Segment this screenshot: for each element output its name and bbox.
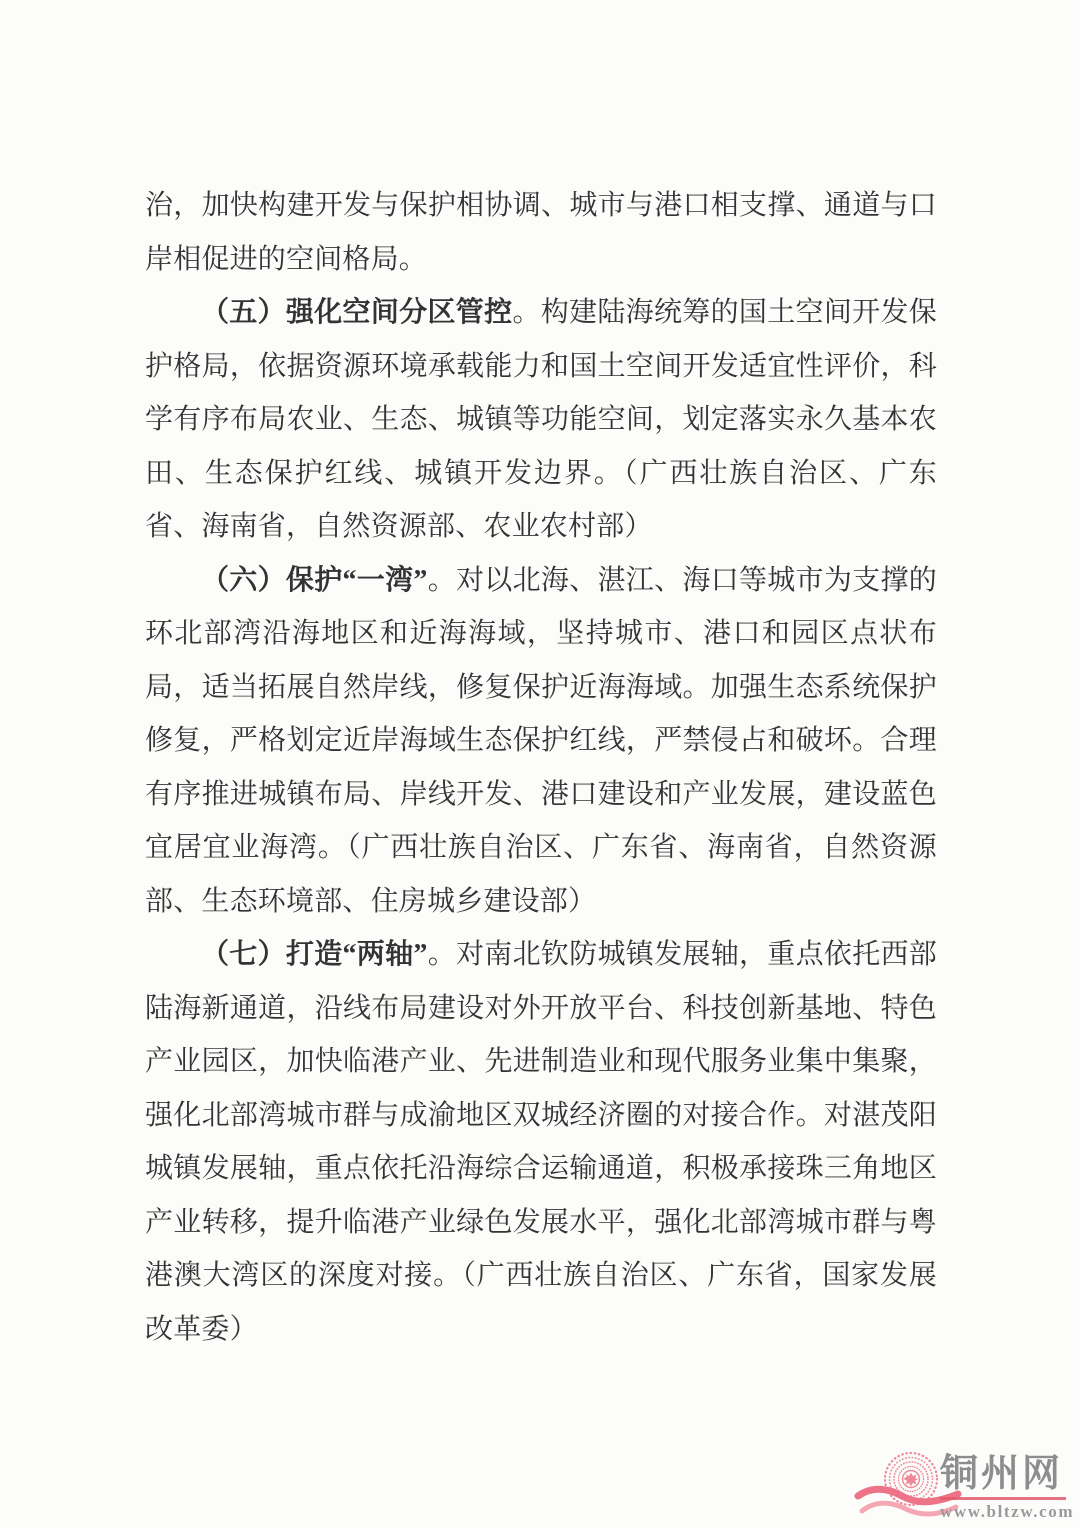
watermark: 铜州网 www.bltzw.com xyxy=(854,1448,1074,1526)
paragraph-text: 。对南北钦防城镇发展轴，重点依托西部陆海新通道，沿线布局建设对外开放平台、科技创… xyxy=(145,939,937,1345)
document-page: 治，加快构建开发与保护相协调、城市与港口相支撑、通道与口岸相促进的空间格局。 （… xyxy=(0,0,1080,1527)
paragraph: （五）强化空间分区管控。构建陆海统筹的国土空间开发保护格局，依据资源环境承载能力… xyxy=(145,286,937,554)
paragraph-text: 。对以北海、湛江、海口等城市为支撑的环北部湾沿海地区和近海海域，坚持城市、港口和… xyxy=(145,565,937,917)
watermark-site-name: 铜州网 xyxy=(940,1454,1074,1494)
logo-star xyxy=(904,1473,919,1487)
watermark-site-url: www.bltzw.com xyxy=(940,1502,1074,1522)
document-body: 治，加快构建开发与保护相协调、城市与港口相支撑、通道与口岸相促进的空间格局。 （… xyxy=(145,179,937,1356)
paragraph-lead: （五）强化空间分区管控 xyxy=(201,297,512,328)
watermark-divider xyxy=(940,1497,1066,1500)
paragraph-lead: （六）保护“一湾” xyxy=(201,565,428,596)
paragraph-text: 治，加快构建开发与保护相协调、城市与港口相支撑、通道与口岸相促进的空间格局。 xyxy=(145,190,937,275)
paragraph: （七）打造“两轴”。对南北钦防城镇发展轴，重点依托西部陆海新通道，沿线布局建设对… xyxy=(145,928,937,1356)
paragraph: 治，加快构建开发与保护相协调、城市与港口相支撑、通道与口岸相促进的空间格局。 xyxy=(145,179,937,286)
watermark-text: 铜州网 www.bltzw.com xyxy=(940,1448,1074,1522)
paragraph-lead: （七）打造“两轴” xyxy=(201,939,428,970)
paragraph: （六）保护“一湾”。对以北海、湛江、海口等城市为支撑的环北部湾沿海地区和近海海域… xyxy=(145,554,937,929)
paragraph-text: 。构建陆海统筹的国土空间开发保护格局，依据资源环境承载能力和国土空间开发适宜性评… xyxy=(145,297,937,542)
